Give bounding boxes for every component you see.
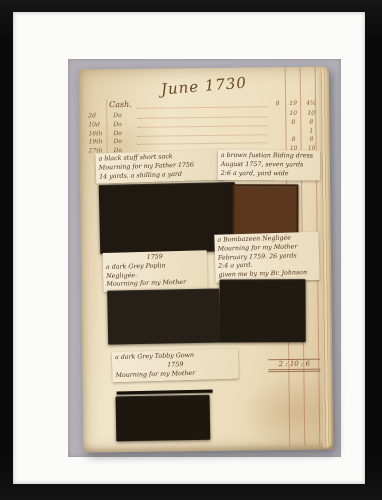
mat-board: June 1730 Cash. 8 19 4½ 2d Do 10 10 <box>13 12 365 484</box>
total-amount: 2 : 10 : 6 <box>268 359 320 373</box>
ledger-pence: 8 <box>303 119 319 126</box>
fabric-swatch-brown-fustian <box>232 184 298 236</box>
ledger-rule-dots <box>137 116 267 119</box>
note-label-bombazeen: a Bombazeen Negligée Mourning for my Mot… <box>214 232 319 283</box>
photograph-background: June 1730 Cash. 8 19 4½ 2d Do 10 10 <box>68 59 341 457</box>
ledger-date: 19th <box>89 138 113 145</box>
ledger-entry: Do <box>114 138 134 145</box>
fabric-swatch-bombazeen <box>220 279 306 342</box>
note-line: a brown fustian Riding dress <box>221 152 317 161</box>
fabric-swatch-grey-poplin <box>107 288 220 344</box>
ledger-pence: 10 <box>303 110 319 117</box>
ledger-pence: 8 <box>303 136 319 143</box>
ledger-shillings: 10 <box>287 110 299 117</box>
cash-shillings: 19 <box>287 100 299 107</box>
cash-pence: 4½ <box>303 100 319 107</box>
cash-pounds: 8 <box>271 100 284 107</box>
ledger-entry: Do <box>113 121 133 128</box>
note-line: 2:6 a yard, yard wide <box>221 170 317 179</box>
note-label-brown-fustian: a brown fustian Riding dress August 1757… <box>218 150 320 181</box>
ledger-date: 10d <box>88 121 112 128</box>
picture-frame: June 1730 Cash. 8 19 4½ 2d Do 10 10 <box>0 0 382 500</box>
ledger-rule-dots <box>138 142 268 145</box>
manuscript-page: June 1730 Cash. 8 19 4½ 2d Do 10 10 <box>79 66 334 452</box>
note-label-grey-tabby: a dark Grey Tabby Gown 1759 Mourning for… <box>112 349 239 383</box>
fabric-swatch-grey-tabby <box>116 395 211 442</box>
ledger-entry: Do <box>113 130 133 137</box>
note-label-black-stuff: a black stuff short sack Mourning for my… <box>95 149 224 184</box>
ledger-shillings: 8 <box>287 119 299 126</box>
ledger-pence: 1 <box>303 128 319 135</box>
note-line: August 1757, seven yards <box>221 161 317 170</box>
ledger-date: 2d <box>88 112 112 119</box>
swatch-stitched-edge <box>117 390 213 395</box>
ledger-rule-dots <box>137 106 267 109</box>
page-title: June 1730 <box>133 71 274 100</box>
ledger-rule-dots <box>137 125 267 128</box>
note-label-grey-poplin: 1759 a dark Grey Poplin Negligée. Mourni… <box>103 250 208 292</box>
ledger-shillings: 8 <box>287 136 299 143</box>
ledger-date: 16th <box>88 130 112 137</box>
ledger-entry: Do <box>113 112 133 119</box>
